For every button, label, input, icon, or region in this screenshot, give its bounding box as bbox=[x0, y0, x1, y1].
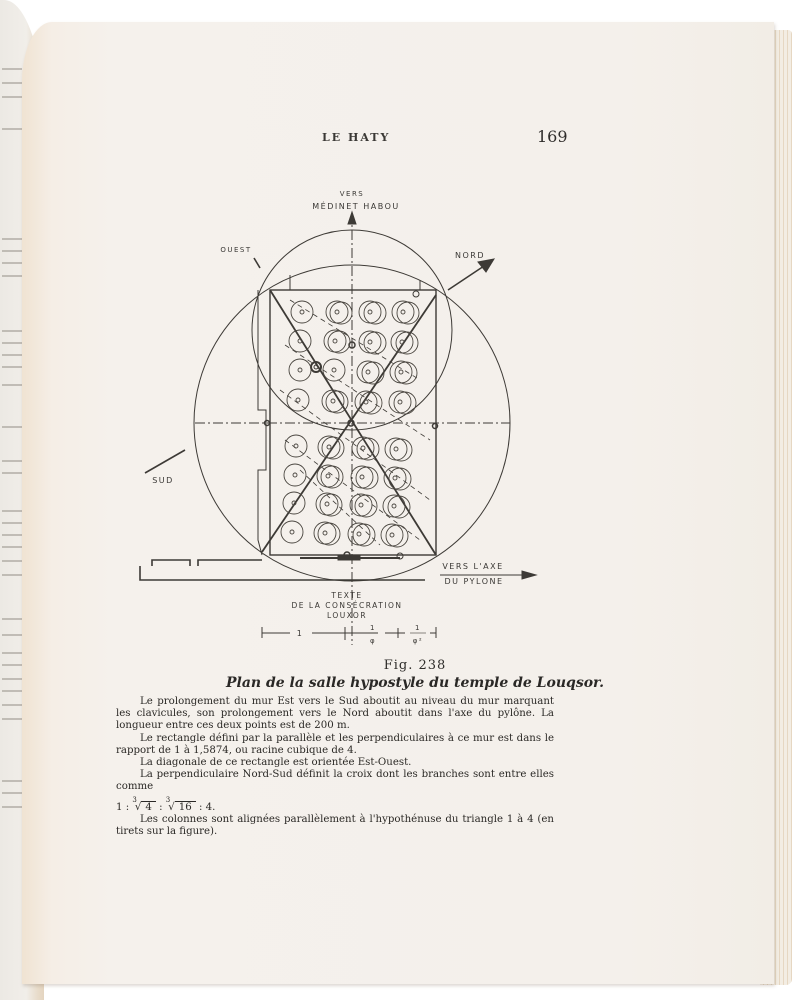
figure-caption: Plan de la salle hypostyle du temple de … bbox=[0, 675, 800, 691]
formula: 1 : 3√4 : 3√16 : 4. bbox=[116, 794, 554, 814]
label-medinet-habou: MÉDINET HABOU bbox=[312, 200, 399, 211]
paragraph: La diagonale de ce rectangle est orienté… bbox=[116, 757, 554, 769]
paragraph: Le rectangle défini par la parallèle et … bbox=[116, 733, 554, 757]
column-grid bbox=[281, 301, 419, 547]
scale-seg2-num: 1 bbox=[370, 624, 376, 632]
temple-plan-diagram: VERS MÉDINET HABOU OUEST NORD SUD VERS L… bbox=[120, 180, 550, 650]
paragraph: Le prolongement du mur Est vers le Sud a… bbox=[116, 696, 554, 733]
label-nord: NORD bbox=[455, 251, 485, 260]
page-number: 169 bbox=[537, 127, 568, 146]
figure-number: Fig. 238 bbox=[0, 658, 800, 673]
scale-bar bbox=[262, 627, 436, 640]
paragraph: Les colonnes sont alignées parallèlement… bbox=[116, 814, 554, 838]
paragraph: La perpendiculaire Nord-Sud définit la c… bbox=[116, 769, 554, 793]
scale-seg3-den: φ² bbox=[413, 637, 423, 645]
label-louxor: LOUXOR bbox=[327, 611, 367, 620]
running-head: LE HATY bbox=[322, 131, 390, 144]
label-ouest: OUEST bbox=[220, 246, 251, 254]
label-consecration: DE LA CONSÉCRATION bbox=[291, 601, 402, 610]
label-du-pylone: DU PYLONE bbox=[444, 577, 503, 586]
body-text: Le prolongement du mur Est vers le Sud a… bbox=[116, 696, 554, 838]
scale-seg2-den: φ bbox=[370, 637, 376, 645]
label-vers: VERS bbox=[340, 190, 365, 198]
label-texte: TEXTE bbox=[330, 591, 362, 600]
scale-seg1: 1 bbox=[297, 629, 304, 638]
label-sud: SUD bbox=[152, 476, 174, 485]
label-vers-axe: VERS L'AXE bbox=[442, 562, 503, 571]
scale-seg3-num: 1 bbox=[415, 624, 421, 632]
